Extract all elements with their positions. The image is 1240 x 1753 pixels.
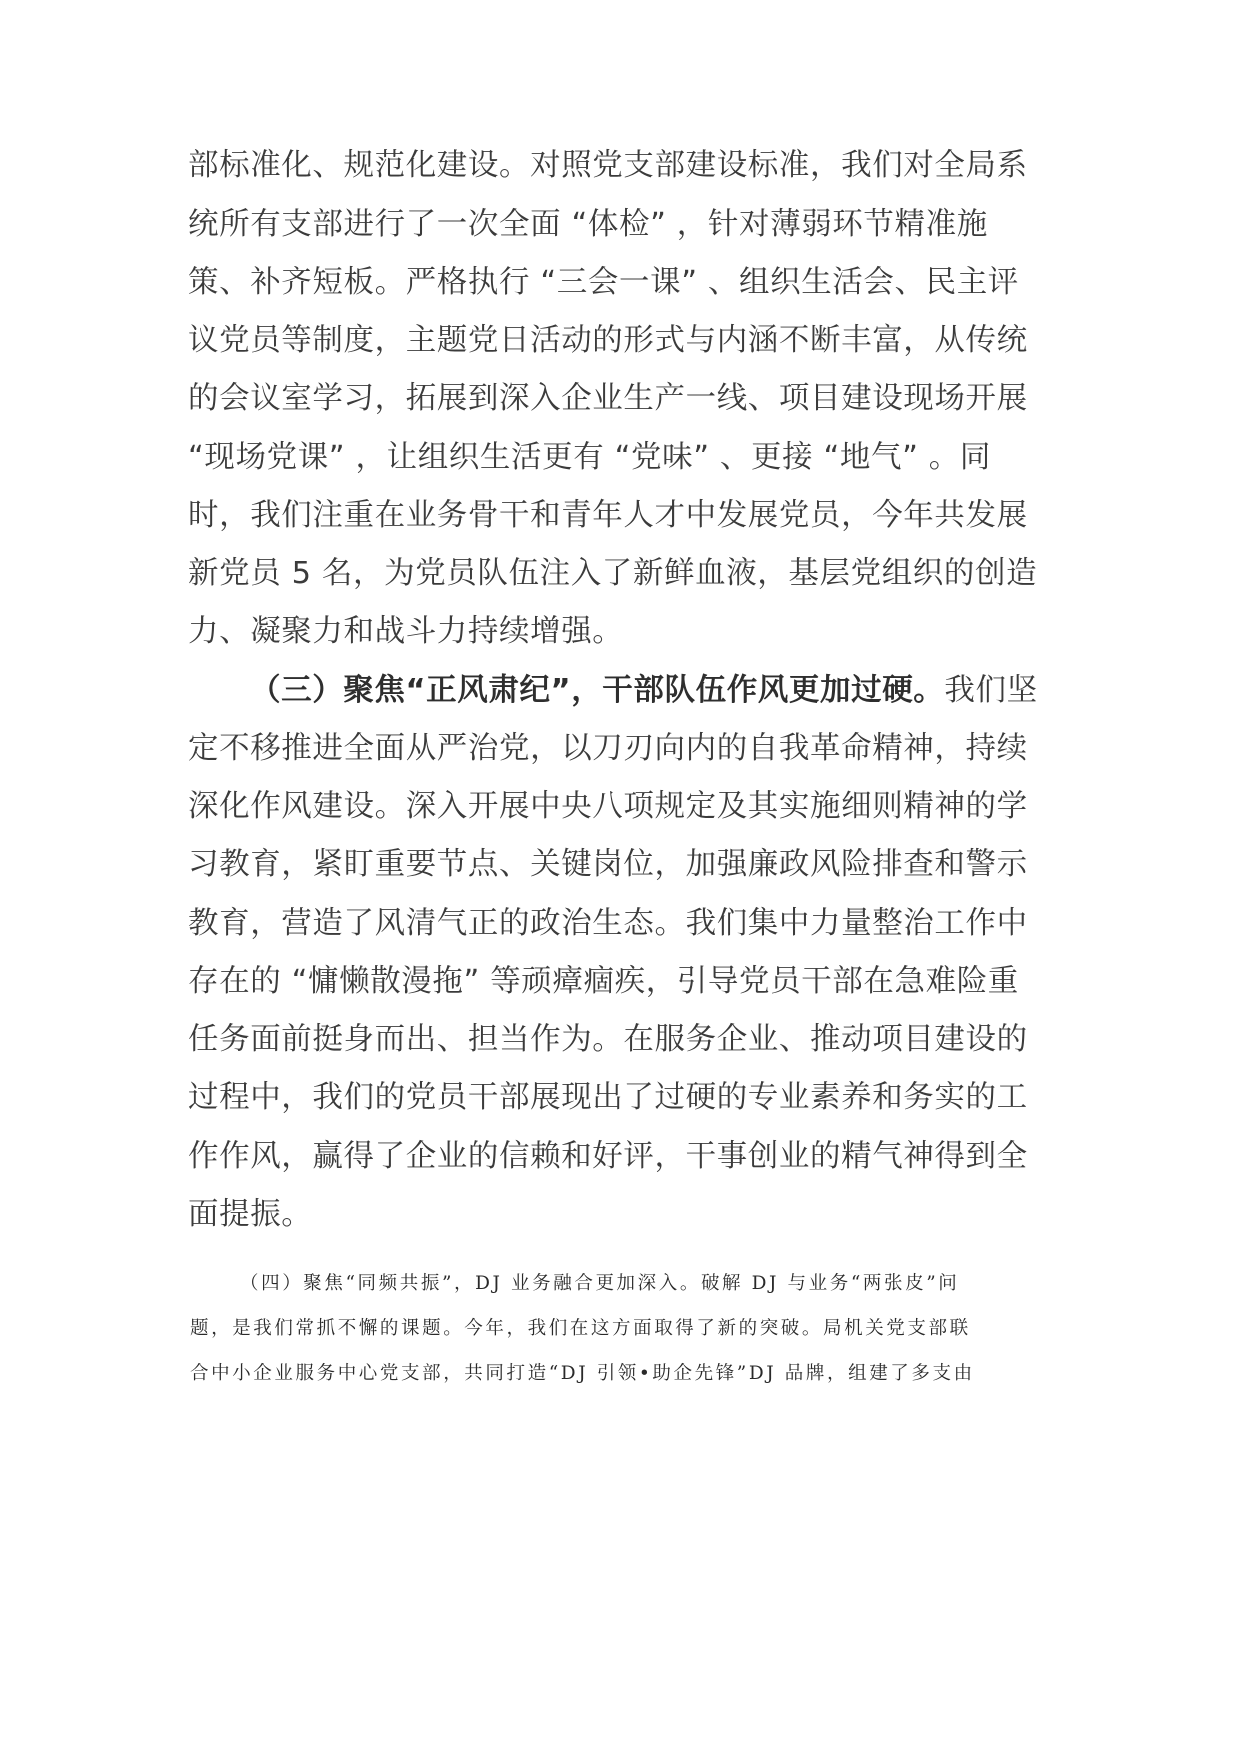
text-line: 合中小企业服务中心党支部，共同打造“DJ 引领•助企先锋”DJ 品牌，组建了多支… [190,1359,975,1389]
text-line: （四）聚焦“同频共振”，DJ 业务融合更加深入。破解 DJ 与业务“两张皮”问 [240,1269,959,1299]
text-line: 作作风，赢得了企业的信赖和好评，干事创业的精气神得到全 [188,1137,1028,1177]
text-line: 议党员等制度，主题党日活动的形式与内涵不断丰富，从传统 [188,321,1028,361]
text-line: 教育，营造了风清气正的政治生态。我们集中力量整治工作中 [188,904,1028,944]
heading-line-rest: 我们坚 [944,673,1037,708]
text-line: 新党员 5 名，为党员队伍注入了新鲜血液，基层党组织的创造 [188,554,1037,594]
text-line: 策、补齐短板。严格执行 “三会一课” 、组织生活会、民主评 [188,263,1019,303]
text-line: 部标准化、规范化建设。对照党支部建设标准，我们对全局系 [188,146,1028,186]
text-line: 题，是我们常抓不懈的课题。今年，我们在这方面取得了新的突破。局机关党支部联 [190,1314,971,1344]
text-line: 任务面前挺身而出、担当作为。在服务企业、推动项目建设的 [188,1020,1028,1060]
document-page: 部标准化、规范化建设。对照党支部建设标准，我们对全局系 统所有支部进行了一次全面… [0,0,1240,1753]
text-line: “现场党课” ，让组织生活更有 “党味” 、更接 “地气” 。同 [188,438,991,478]
text-line: 存在的 “慵懒散漫拖” 等顽瘴痼疾，引导党员干部在急难险重 [188,962,1019,1002]
section-heading: （三）聚焦“正风肃纪”，干部队伍作风更加过硬。 [250,673,944,708]
text-line: 力、凝聚力和战斗力持续增强。 [188,612,623,652]
text-line: 的会议室学习，拓展到深入企业生产一线、项目建设现场开展 [188,379,1028,419]
text-line: 深化作风建设。深入开展中央八项规定及其实施细则精神的学 [188,787,1028,827]
text-line: 定不移推进全面从严治党，以刀刃向内的自我革命精神，持续 [188,729,1028,769]
text-line: 时，我们注重在业务骨干和青年人才中发展党员，今年共发展 [188,496,1028,536]
text-line: 统所有支部进行了一次全面 “体检” ，针对薄弱环节精准施 [188,205,988,245]
text-line: 习教育，紧盯重要节点、关键岗位，加强廉政风险排查和警示 [188,845,1028,885]
section-heading-line: （三）聚焦“正风肃纪”，干部队伍作风更加过硬。我们坚 [250,671,1038,711]
text-line: 过程中，我们的党员干部展现出了过硬的专业素养和务实的工 [188,1078,1028,1118]
text-line: 面提振。 [188,1195,312,1235]
